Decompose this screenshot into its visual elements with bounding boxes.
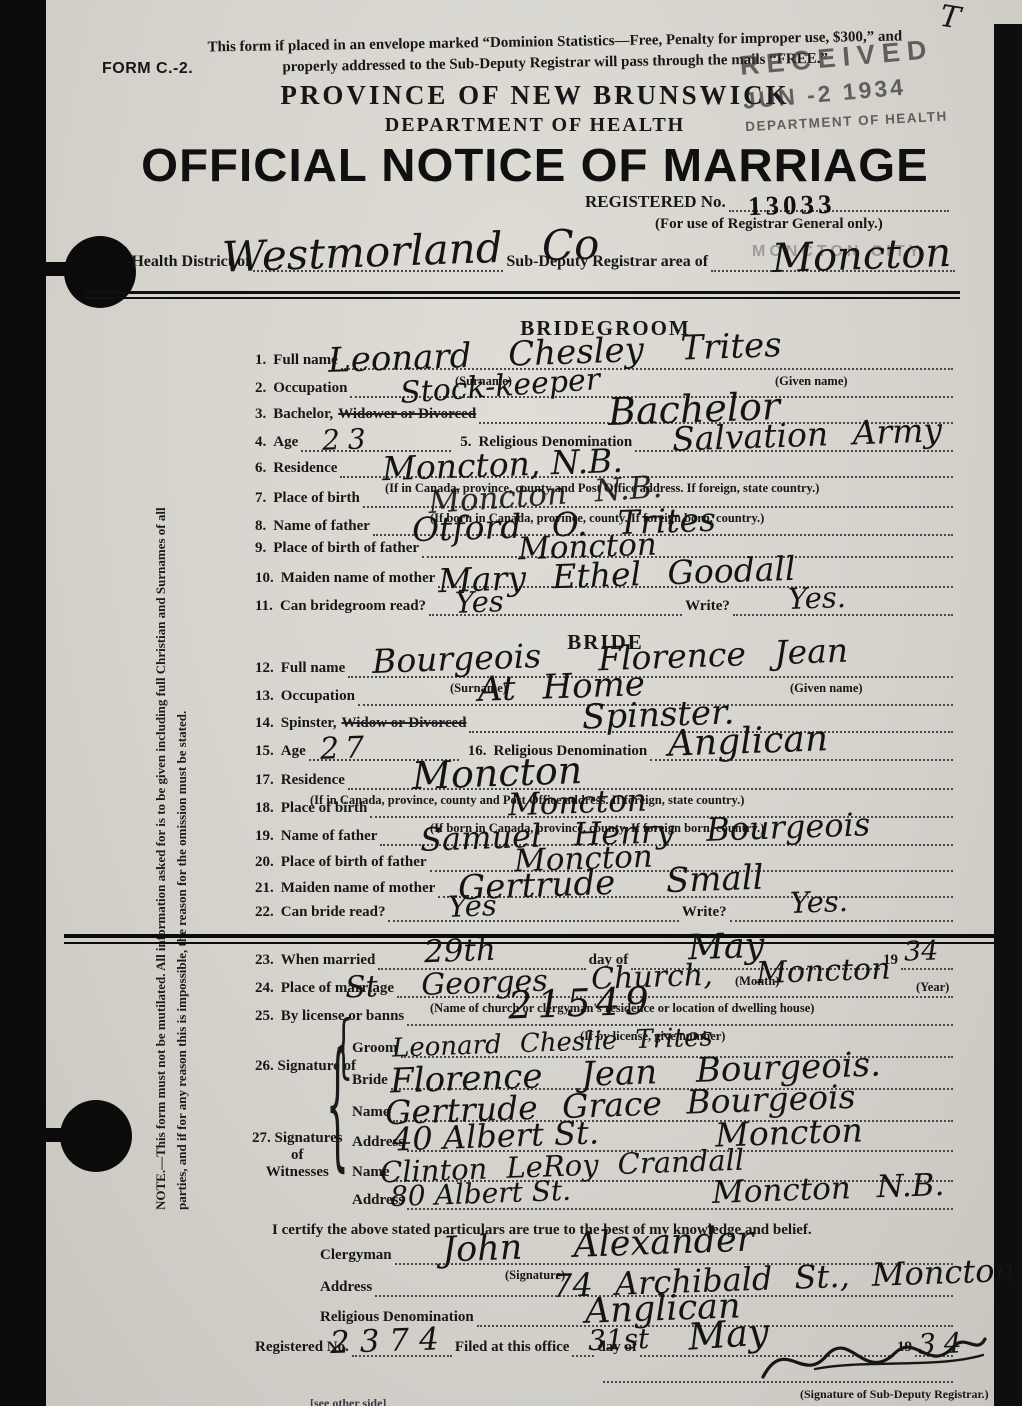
- field-number: 15.: [255, 744, 274, 761]
- field-number: 13.: [255, 689, 274, 706]
- field-number: 1.: [255, 353, 266, 370]
- handwriting-marriage-day: 29th: [423, 935, 496, 968]
- field-label: Can bridegroom read?: [280, 599, 426, 616]
- handwriting-groom-write: Yes.: [788, 583, 847, 614]
- double-rule-top: [85, 291, 960, 299]
- handwriting-groom-religion: Salvation Army: [672, 413, 943, 455]
- field-label: Occupation: [281, 689, 355, 706]
- field-number: 6.: [255, 461, 266, 478]
- write-label: Write?: [685, 599, 730, 616]
- field-label: Bachelor,: [273, 407, 333, 424]
- field-label: Place of birth: [273, 491, 360, 508]
- field-number: 2.: [255, 381, 266, 398]
- groom-label: Groom: [352, 1041, 398, 1058]
- bride-label: Bride: [352, 1073, 388, 1090]
- field-number: 14.: [255, 716, 274, 733]
- handwriting-license-number: 21549: [507, 981, 654, 1024]
- field-label: Can bride read?: [281, 905, 386, 922]
- clergyman-label: Clergyman: [320, 1248, 392, 1265]
- dotted-line: [388, 919, 678, 922]
- field-number: 22.: [255, 905, 274, 922]
- see-other-side-note: [see other side]: [310, 1396, 386, 1406]
- handwriting-health-district: Westmorland Co: [221, 223, 600, 278]
- scan-edge-block: [0, 1330, 20, 1364]
- field-number: 20.: [255, 855, 274, 872]
- scan-edge-block: [0, 1160, 18, 1200]
- handwriting-bride-religion: Anglican: [667, 721, 828, 763]
- handwriting-bride-write: Yes.: [790, 887, 849, 918]
- field-number: 3.: [255, 407, 266, 424]
- field-number: 23.: [255, 953, 274, 970]
- registered-no-label: REGISTERED No.: [585, 193, 726, 212]
- handwriting-groom-age: 23: [322, 425, 375, 455]
- scan-edge-right: [994, 24, 1022, 1406]
- registrar-only-note: (For use of Registrar General only.): [655, 216, 883, 233]
- handwriting-filed-day: 31st: [588, 1325, 650, 1355]
- handwriting-sub-deputy-area: Moncton: [771, 233, 951, 279]
- field-label: Residence: [273, 461, 337, 478]
- field-number: 9.: [255, 541, 266, 558]
- field-label: When married: [281, 953, 376, 970]
- field-label: Place of birth: [281, 801, 368, 818]
- field-number: 8.: [255, 519, 266, 536]
- side-note: NOTE.—This form must not be mutilated. A…: [150, 498, 192, 1210]
- write-label: Write?: [682, 905, 727, 922]
- field-number: 21.: [255, 881, 274, 898]
- field-groom-occupation: 2. Occupation: [255, 376, 956, 398]
- field-number: 12.: [255, 661, 274, 678]
- field-number: 4.: [255, 435, 266, 452]
- field-label: Residence: [281, 773, 345, 790]
- handwriting-marriage-year: 34: [904, 937, 939, 965]
- section-divider-rule: [64, 934, 994, 944]
- field-label: Age: [281, 744, 306, 761]
- filed-label: Filed at this office: [455, 1340, 570, 1357]
- page-title: OFFICIAL NOTICE OF MARRIAGE: [97, 138, 973, 192]
- side-note-line2: parties, and if for any reason this is i…: [171, 498, 192, 1210]
- field-number: 11.: [255, 599, 273, 616]
- marriage-notice-document: This form if placed in an envelope marke…: [0, 0, 1022, 1406]
- handwriting-bride-read: Yes: [448, 891, 498, 922]
- handwriting-groom-read: Yes: [455, 587, 505, 618]
- handwriting-witness2-address: 80 Albert St.: [390, 1177, 572, 1211]
- sub-deputy-registrar-signature: [755, 1325, 990, 1395]
- field-number: 25.: [255, 1009, 274, 1026]
- field-label: Age: [273, 435, 298, 452]
- dotted-line: [730, 919, 953, 922]
- field-number: 27.: [252, 1130, 271, 1146]
- received-stamp: RECEIVED JUN -2 1934 DEPARTMENT OF HEALT…: [739, 33, 949, 137]
- field-label: Name of father: [281, 829, 378, 846]
- field-label: Full name: [281, 661, 346, 678]
- field-label: Maiden name of mother: [281, 881, 436, 898]
- hole-punch-stem: [40, 262, 80, 276]
- field-label: Occupation: [273, 381, 347, 398]
- witnesses-brace: {: [326, 1027, 349, 1187]
- field-number: 24.: [255, 981, 274, 998]
- field-label: Place of birth of father: [281, 855, 427, 872]
- handwriting-bride-mother: Gertrude Small: [457, 861, 764, 906]
- field-number: 17.: [255, 773, 274, 790]
- name-label: Name: [352, 1105, 390, 1122]
- hole-punch-stem: [40, 1128, 76, 1142]
- field-number: 10.: [255, 571, 274, 588]
- field-label: Place of birth of father: [273, 541, 419, 558]
- field-number: 7.: [255, 491, 266, 508]
- form-number: FORM C.-2.: [102, 60, 193, 78]
- field-groom-literacy: 11. Can bridegroom read? Write?: [255, 594, 956, 616]
- field-label: Name of father: [273, 519, 370, 536]
- handwriting-office-registered-no: 2374: [329, 1324, 449, 1359]
- struck-status-options: Widower or Divorced: [338, 407, 476, 424]
- field-label: Spinster,: [281, 716, 337, 733]
- field-number: 26.: [255, 1058, 274, 1074]
- handwriting-bride-age: 27: [319, 733, 370, 765]
- field-bride-literacy: 22. Can bride read? Write?: [255, 900, 956, 922]
- scan-edge-block: [0, 1240, 14, 1300]
- field-number: 19.: [255, 829, 274, 846]
- address-label: Address: [320, 1280, 372, 1297]
- side-note-line1: NOTE.—This form must not be mutilated. A…: [150, 498, 171, 1210]
- handwriting-witness2-city: Moncton N.B.: [712, 1170, 945, 1209]
- field-number: 18.: [255, 801, 274, 818]
- field-label: Maiden name of mother: [281, 571, 436, 588]
